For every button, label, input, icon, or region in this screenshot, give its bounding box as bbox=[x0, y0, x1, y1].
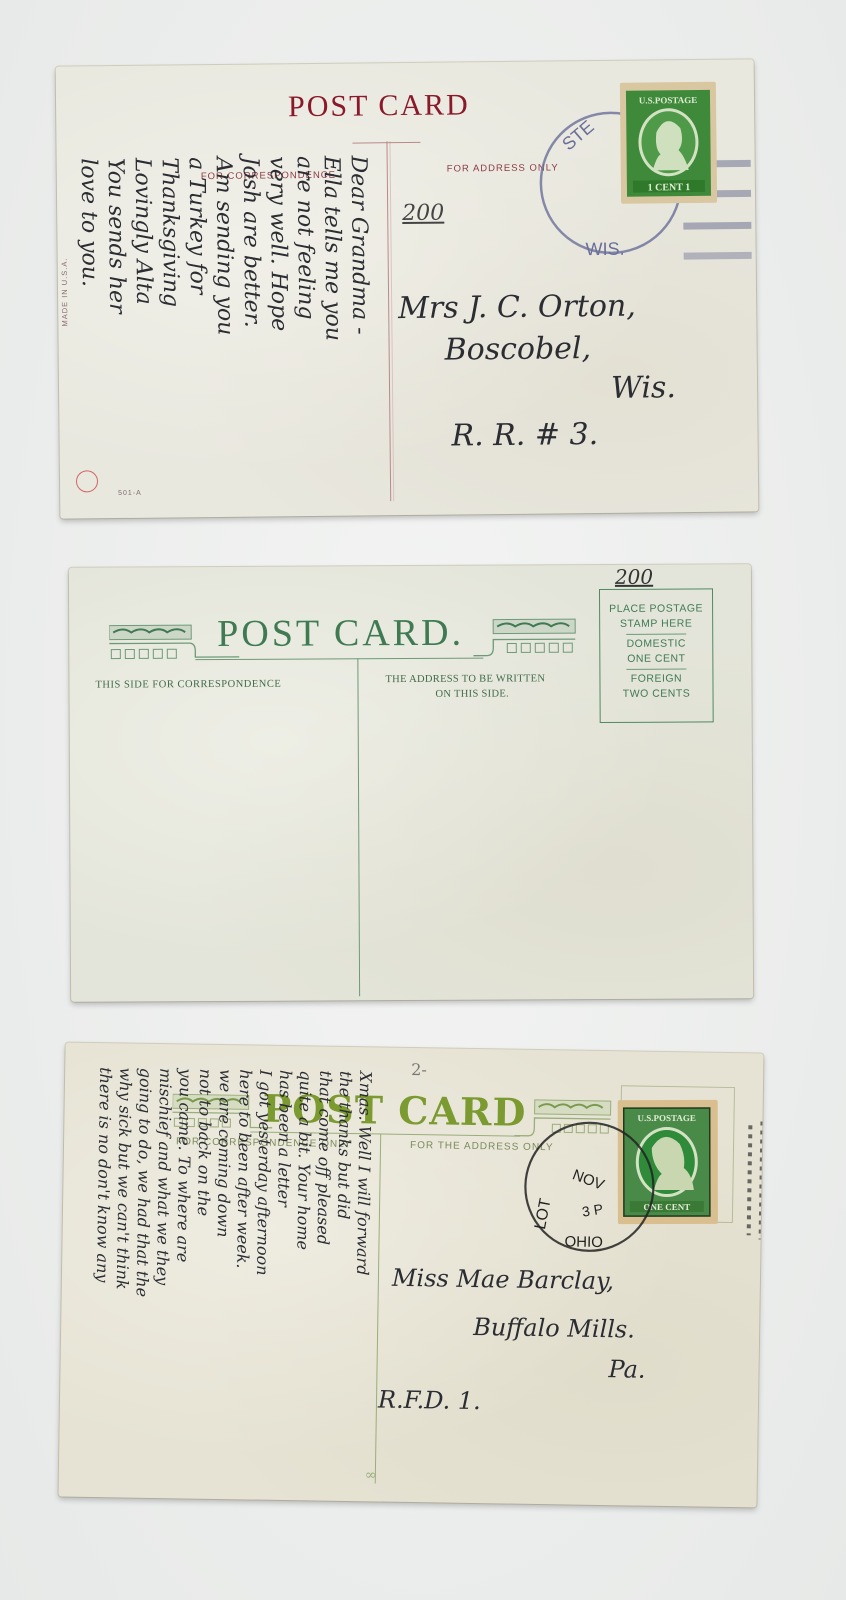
message-line: we are coming down bbox=[214, 1069, 236, 1238]
side-text: MADE IN U.S.A. bbox=[60, 258, 70, 327]
message-line: going to do, we had that the bbox=[133, 1068, 156, 1298]
message-line: Ella tells me you bbox=[319, 156, 346, 341]
publisher-logo bbox=[76, 470, 98, 492]
message-line: Am sending you bbox=[211, 157, 238, 336]
message-line: that come off pleased bbox=[313, 1070, 335, 1245]
message-line: I got yesterday afternoon bbox=[253, 1070, 275, 1276]
divider-flourish: ∞ bbox=[365, 1467, 377, 1483]
postcard-1: POST CARD FOR CORRESPONDENCE FOR ADDRESS… bbox=[56, 59, 759, 518]
price-note: 200 bbox=[402, 201, 444, 226]
svg-text:U.S.POSTAGE: U.S.POSTAGE bbox=[639, 95, 697, 106]
postcard-title: POST CARD bbox=[288, 88, 470, 124]
left-label: THIS SIDE FOR CORRESPONDENCE bbox=[95, 679, 281, 691]
message-line: mischief and what we they bbox=[153, 1068, 175, 1285]
address-line: Pa. bbox=[608, 1355, 645, 1384]
message-line: very well. Hope bbox=[265, 156, 292, 331]
center-divider bbox=[375, 1133, 381, 1483]
stamp-box-line: DOMESTIC bbox=[600, 636, 712, 652]
message-line: not to back on the bbox=[194, 1069, 215, 1217]
message-line: Lovingly Alta bbox=[130, 158, 157, 305]
postcard-2: POST CARD. THIS SIDE FOR CORRESPONDENCE … bbox=[69, 564, 753, 1002]
address-line: Miss Mae Barclay, bbox=[392, 1264, 614, 1295]
message-line: here to been after week. bbox=[233, 1069, 255, 1268]
message-line: there is no don't know any bbox=[93, 1067, 115, 1283]
postmark-state: WIS. bbox=[585, 239, 624, 259]
message-line: why sick but we can't think bbox=[113, 1067, 135, 1289]
message-line: quite a bit. Your home bbox=[293, 1070, 315, 1250]
stamp-box-line: ONE CENT bbox=[600, 651, 712, 667]
message-line: Xmas. Well I will forward bbox=[353, 1071, 375, 1276]
address-line: Mrs J. C. Orton, bbox=[398, 289, 636, 326]
address-line: Wis. bbox=[611, 370, 676, 406]
message-line: has been a letter bbox=[274, 1070, 295, 1207]
price-note: 2- bbox=[411, 1060, 427, 1079]
message-line: love to you. bbox=[76, 158, 102, 287]
laurel-ornament-right bbox=[473, 613, 583, 660]
publisher-code: 501-A bbox=[118, 490, 142, 497]
right-label-line-1: THE ADDRESS TO BE WRITTEN bbox=[385, 673, 545, 685]
address-line: Buffalo Mills. bbox=[473, 1313, 635, 1344]
message-line: you came. To where are bbox=[173, 1068, 195, 1262]
postage-stamp-washington: U.S.POSTAGE 1 CENT 1 bbox=[618, 80, 719, 206]
stamp-box-line: STAMP HERE bbox=[600, 616, 712, 632]
address-line: Boscobel, bbox=[444, 331, 591, 368]
postmark-town: LOT bbox=[532, 1197, 555, 1231]
stamp-placement-box: PLACE POSTAGE STAMP HERE DOMESTIC ONE CE… bbox=[599, 588, 714, 723]
postmark-town: STE bbox=[558, 116, 598, 154]
svg-text:1 CENT 1: 1 CENT 1 bbox=[648, 182, 691, 193]
price-note: 200 bbox=[615, 565, 653, 589]
stamp-box-rule bbox=[626, 634, 686, 635]
message-line: Thanksgiving bbox=[157, 157, 184, 307]
right-label-line-2: ON THIS SIDE. bbox=[436, 688, 509, 699]
postmark-cancel: LOT OHIO NOV 3 P bbox=[510, 1112, 763, 1256]
stamp-box-line: FOREIGN bbox=[600, 671, 712, 687]
postcard-title: POST CARD. bbox=[217, 611, 464, 656]
message-line: You sends her bbox=[103, 158, 130, 314]
message-line: Josh are better. bbox=[238, 157, 265, 328]
address-line: R. R. # 3. bbox=[451, 417, 598, 454]
address-line: R.F.D. 1. bbox=[378, 1385, 481, 1415]
center-divider bbox=[386, 141, 391, 501]
center-divider bbox=[357, 658, 360, 996]
postcard-3: POST CARD FOR CORRESPONDENCE ONLY FOR TH… bbox=[58, 1043, 763, 1508]
stamp-box-line: TWO CENTS bbox=[601, 686, 713, 702]
message-line: the thanks but did bbox=[334, 1071, 355, 1220]
message-line: Dear Grandma - bbox=[346, 155, 373, 334]
stamp-box-rule bbox=[626, 669, 686, 670]
message-line: are not feeling bbox=[292, 156, 319, 320]
stamp-box-line: PLACE POSTAGE bbox=[600, 601, 712, 617]
postmark-time: 3 P bbox=[581, 1201, 604, 1220]
postmark-state: OHIO bbox=[564, 1233, 603, 1251]
message-line: a Turkey for bbox=[184, 157, 210, 294]
postmark-month: NOV bbox=[570, 1166, 606, 1193]
header-rule bbox=[195, 658, 483, 661]
